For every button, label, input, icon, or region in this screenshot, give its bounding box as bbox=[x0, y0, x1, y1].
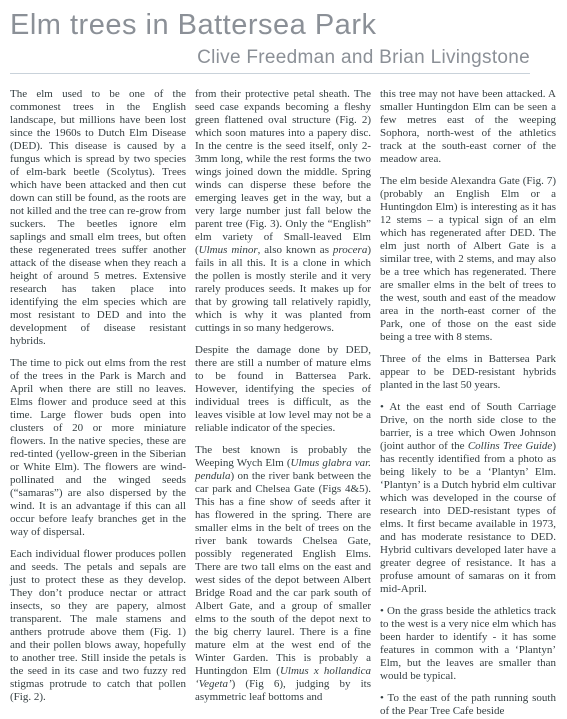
paragraph: from their protective petal sheath. The … bbox=[195, 88, 371, 335]
text-run: ) fails in all this. It is a clone in wh… bbox=[195, 244, 371, 334]
paragraph: this tree may not have been attacked. A … bbox=[380, 88, 556, 166]
page-title: Elm trees in Battersea Park bbox=[10, 8, 567, 42]
text-run: ) on the river bank between the car park… bbox=[195, 470, 371, 677]
text-run: this tree may not have been attacked. A … bbox=[380, 88, 556, 165]
paragraph: • To the east of the path running south … bbox=[380, 692, 556, 718]
byline: Clive Freedman and Brian Livingstone bbox=[10, 47, 530, 69]
text-column-1: The elm used to be one of the commonest … bbox=[10, 88, 186, 719]
text-column-3: this tree may not have been attacked. A … bbox=[380, 88, 556, 719]
text-run: Three of the elms in Battersea Park appe… bbox=[380, 353, 556, 391]
paragraph: Despite the damage done by DED, there ar… bbox=[195, 344, 371, 435]
text-run: from their protective petal sheath. The … bbox=[195, 88, 371, 256]
paragraph: Three of the elms in Battersea Park appe… bbox=[380, 353, 556, 392]
text-run: Each individual flower produces pollen a… bbox=[10, 548, 186, 703]
article-header: Elm trees in Battersea Park Clive Freedm… bbox=[0, 0, 567, 74]
paragraph: • At the east end of South Carriage Driv… bbox=[380, 401, 556, 596]
article-body: The elm used to be one of the commonest … bbox=[0, 74, 567, 719]
paragraph: • On the grass beside the athletics trac… bbox=[380, 605, 556, 683]
italic-text-run: procera bbox=[333, 244, 367, 256]
text-run: The elm beside Alexandra Gate (Fig. 7) (… bbox=[380, 175, 556, 343]
document-page: Elm trees in Battersea Park Clive Freedm… bbox=[0, 0, 567, 719]
text-run: The time to pick out elms from the rest … bbox=[10, 357, 186, 538]
paragraph: The elm used to be one of the commonest … bbox=[10, 88, 186, 348]
text-run: , also known as bbox=[258, 244, 333, 256]
italic-text-run: Ulmus minor bbox=[199, 244, 258, 256]
text-run: Despite the damage done by DED, there ar… bbox=[195, 344, 371, 434]
italic-text-run: Collins Tree Guide bbox=[468, 440, 552, 452]
text-column-2: from their protective petal sheath. The … bbox=[195, 88, 371, 719]
paragraph: The elm beside Alexandra Gate (Fig. 7) (… bbox=[380, 175, 556, 344]
text-run: • To the east of the path running south … bbox=[380, 692, 556, 717]
text-run: • On the grass beside the athletics trac… bbox=[380, 605, 556, 682]
paragraph: The best known is probably the Weeping W… bbox=[195, 444, 371, 704]
text-run: The elm used to be one of the commonest … bbox=[10, 88, 186, 347]
paragraph: The time to pick out elms from the rest … bbox=[10, 357, 186, 539]
text-run: ) has recently identified from a photo a… bbox=[380, 440, 556, 595]
paragraph: Each individual flower produces pollen a… bbox=[10, 548, 186, 704]
